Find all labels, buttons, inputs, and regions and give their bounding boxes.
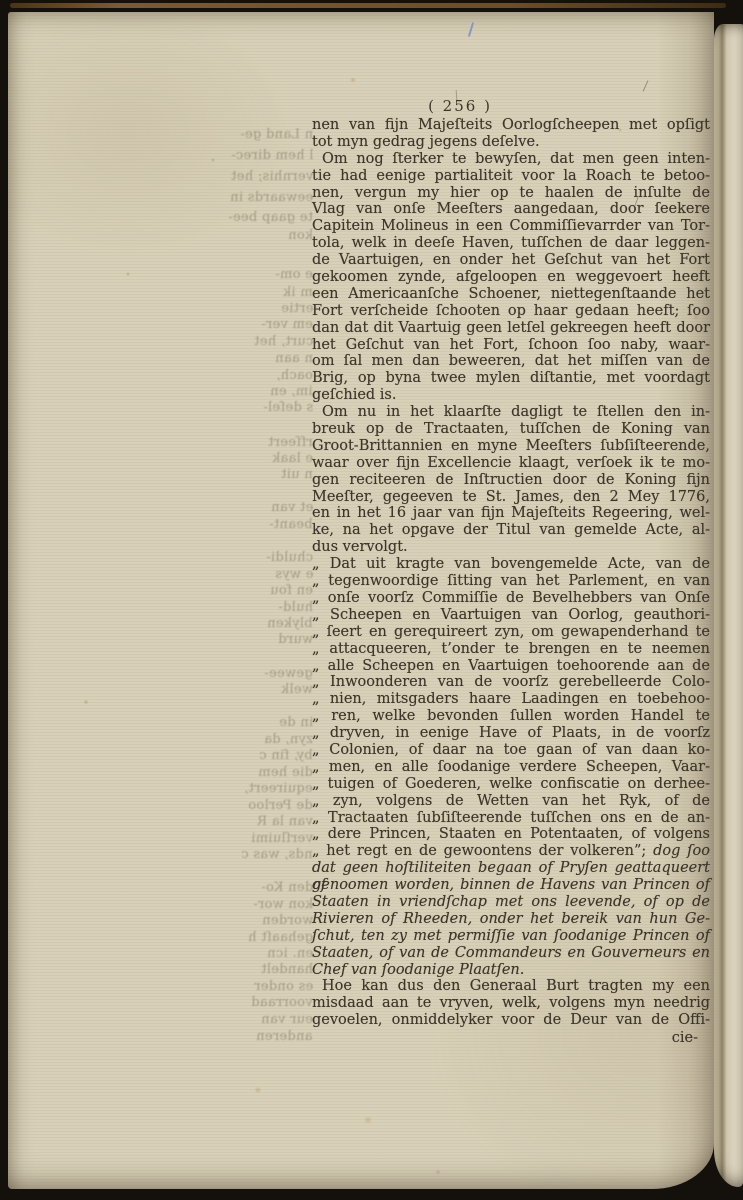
text-segment: „ ſeert en gerequireert zyn, om gewapend… (312, 624, 710, 640)
text-line: het Geſchut van het Fort, ſchoon ſoo nab… (312, 337, 710, 354)
text-segment: ke, na het opgave der Titul van gemelde … (312, 522, 710, 538)
text-line: tola, welk in deeſe Haven, tuſſchen de d… (312, 235, 710, 252)
ghost-text-fragment: equireert, (244, 782, 313, 796)
scanned-book-page: n Land ge-l hem direc-vernhis; heteewaar… (0, 0, 743, 1200)
text-segment: tola, welk in deeſe Haven, tuſſchen de d… (312, 235, 710, 251)
ghost-text-fragment: zyn, da (264, 733, 313, 747)
ghost-text-fragment: en. icn (267, 947, 313, 961)
italic-text-segment: Chef van ſoodanige Plaatſen. (312, 962, 524, 978)
text-line: „ tuigen of Goederen, welke confiscatie … (312, 776, 710, 793)
text-segment: „ zyn, volgens de Wetten van het Ryk, of… (312, 793, 710, 809)
text-line: „ Inwoonderen van de voorſz gerebelleerd… (312, 674, 710, 691)
book-top-edge (10, 3, 726, 8)
text-line: Chef van ſoodanige Plaatſen. (312, 962, 710, 979)
ghost-text-fragment: gewee- (264, 667, 313, 681)
text-line: „ alle Scheepen en Vaartuigen toehoorend… (312, 658, 710, 675)
text-line: Capitein Molineus in een Commiſſievarrde… (312, 218, 710, 235)
text-segment: het Geſchut van het Fort, ſchoon ſoo nab… (312, 337, 710, 353)
italic-text-segment: Staaten, of van de Commandeurs en Gouver… (312, 945, 710, 961)
text-segment: Capitein Molineus in een Commiſſievarrde… (312, 218, 710, 234)
ghost-text-fragment: verſluimi (251, 832, 313, 846)
text-segment: „ nien, mitsgaders haare Laadingen en to… (312, 691, 710, 707)
text-segment: en in het 16 jaar van fijn Majeſteits Re… (312, 505, 710, 521)
ghost-text-fragment: m ik (283, 286, 313, 300)
text-line: „ ren, welke bevonden ſullen worden Hand… (312, 708, 710, 725)
text-line: Om nog ſterker te bewyſen, dat men geen … (312, 151, 710, 168)
text-line: „ dryven, in eenige Have of Plaats, in d… (312, 725, 710, 742)
ghost-text-fragment: es onder (254, 980, 313, 994)
page-fore-edge (714, 24, 743, 1187)
text-segment: Vlag van onſe Meeſters aangedaan, door ſ… (312, 201, 710, 217)
text-line: nen van fijn Majeſteits Oorlogſcheepen m… (312, 117, 710, 134)
text-segment: „ Colonien, of daar na toe gaan of van d… (312, 742, 710, 758)
text-line: breuk op de Tractaaten, tuſſchen de Koni… (312, 421, 710, 438)
text-line: Groot-Brittannien en myne Meeſters ſubſi… (312, 438, 710, 455)
ghost-text-fragment: nds, was c (241, 848, 313, 862)
text-segment: geſchied is. (312, 387, 397, 403)
ghost-text-fragment: welk (281, 683, 313, 697)
text-segment: breuk op de Tractaaten, tuſſchen de Koni… (312, 421, 710, 437)
ghost-text-fragment: e om- (275, 268, 313, 282)
text-segment: „ tuigen of Goederen, welke confiscatie … (312, 776, 710, 792)
ghost-text-fragment: e laak (272, 452, 313, 466)
text-line: tie had eenige partialiteit voor la Roac… (312, 168, 710, 185)
ghost-text-fragment: huld- (278, 601, 313, 615)
text-line: gen reciteeren de Inſtructien door de Ko… (312, 472, 710, 489)
ghost-text-fragment: et van (271, 501, 313, 515)
ghost-text-fragment: beant- (269, 518, 313, 532)
text-segment: de Vaartuigen, en onder het Geſchut van … (312, 252, 710, 268)
text-segment: waar over fijn Excellencie klaagt, verſo… (312, 455, 710, 471)
ghost-text-fragment: anderen (256, 1030, 313, 1044)
text-segment: om ſal men dan beweeren, dat het miſſen … (312, 353, 710, 369)
ghost-text-fragment: chuldi- (266, 551, 313, 565)
ghost-text-fragment: voorraad (251, 996, 313, 1010)
text-segment: „ attacqueeren, t’onder te brengen en te… (312, 641, 710, 657)
text-line: „ Colonien, of daar na toe gaan of van d… (312, 742, 710, 759)
italic-text-segment: Staaten in vriendſchap met ons leevende,… (312, 894, 710, 910)
italic-text-segment: ſchut, ten zy met permiſſie van ſoodanig… (312, 928, 710, 944)
text-line: „ ſeert en gerequireert zyn, om gewapend… (312, 624, 710, 641)
text-segment: „ tegenwoordige ſitting van het Parlemen… (312, 573, 710, 589)
text-line: gevoelen, onmiddelyker voor de Deur van … (312, 1012, 710, 1029)
text-line: en in het 16 jaar van fijn Majeſteits Re… (312, 505, 710, 522)
ghost-text-fragment: vernhis; het (231, 170, 313, 184)
text-line: Om nu in het klaarſte dagligt te ſtellen… (312, 404, 710, 421)
text-line: tot myn gedrag jegens deſelve. (312, 134, 710, 151)
text-line: „ Dat uit kragte van bovengemelde Acte, … (312, 556, 710, 573)
text-segment: tie had eenige partialiteit voor la Roac… (312, 168, 710, 184)
text-segment: Hoe kan dus den Generaal Burt tragten my… (322, 978, 710, 994)
ghost-text-fragment: gehaaſt h (248, 931, 313, 945)
ghost-text-fragment: in de (279, 716, 313, 730)
text-segment: Groot-Brittannien en myne Meeſters ſubſi… (312, 438, 710, 454)
text-segment: gevoelen, onmiddelyker voor de Deur van … (312, 1012, 710, 1028)
text-line: Vlag van onſe Meeſters aangedaan, door ſ… (312, 201, 710, 218)
ghost-text-fragment: kon wor- (253, 898, 313, 912)
text-segment: nen, vergun my hier op te haalen de inſu… (312, 185, 710, 201)
text-line: „ onſe voorſz Commiſſie de Bevelhebbers … (312, 590, 710, 607)
ghost-text-fragment: n uit (281, 468, 313, 482)
text-segment: „ men, en alle ſoodanige verdere Scheepe… (312, 759, 710, 775)
text-segment: „ Tractaaten ſubſiſteerende tuſſchen ons… (312, 810, 710, 826)
text-segment: „ Dat uit kragte van bovengemelde Acte, … (312, 556, 710, 572)
text-line: Brig, op byna twee mylen diſtantie, met … (312, 370, 710, 387)
text-segment: tot myn gedrag jegens deſelve. (312, 134, 540, 150)
ghost-text-fragment: de Perloo (248, 799, 313, 813)
text-segment: Fort verſcheide ſchooten op haar gedaan … (312, 303, 710, 319)
text-line: „ tegenwoordige ſitting van het Parlemen… (312, 573, 710, 590)
text-segment: misdaad aan te vryven, welk, volgens myn… (312, 995, 710, 1011)
text-line: Rivieren of Rheeden, onder het bereik va… (312, 911, 710, 928)
text-segment: „ dere Princen, Staaten en Potentaaten, … (312, 826, 710, 842)
text-line: misdaad aan te vryven, welk, volgens myn… (312, 995, 710, 1012)
text-segment: een Americaanſche Schoener, niettegenſta… (312, 286, 710, 302)
ghost-text-fragment: en fou (270, 584, 313, 598)
italic-text-segment: genoomen worden, binnen de Havens van Pr… (312, 877, 710, 893)
ghost-text-fragment: wurd (278, 633, 313, 647)
italic-text-segment: dog ſoo (653, 843, 710, 859)
text-line: „ attacqueeren, t’onder te brengen en te… (312, 641, 710, 658)
text-line: dan dat dit Vaartuig geen letſel gekreeg… (312, 320, 710, 337)
text-line: dat geen hoſtiliteiten begaan of Pryſen … (312, 860, 710, 877)
page-text-block: nen van fijn Majeſteits Oorlogſcheepen m… (312, 117, 710, 1029)
text-line: Staaten in vriendſchap met ons leevende,… (312, 894, 710, 911)
ghost-text-fragment: n aan (275, 352, 313, 366)
ghost-text-fragment: em ver- (261, 318, 313, 332)
text-segment: gekoomen zynde, afgeloopen en weggevoert… (312, 269, 710, 285)
text-segment: Brig, op byna twee mylen diſtantie, met … (312, 370, 710, 386)
text-segment: „ het regt en de gewoontens der volkeren… (312, 843, 653, 859)
text-segment: gen reciteeren de Inſtructien door de Ko… (312, 472, 710, 488)
text-line: geſchied is. (312, 387, 710, 404)
text-segment: Om nog ſterker te bewyſen, dat men geen … (322, 151, 710, 167)
text-line: ke, na het opgave der Titul van gemelde … (312, 522, 710, 539)
ghost-text-fragment: oach, (276, 369, 313, 383)
ghost-text-fragment: eur van (261, 1013, 313, 1027)
ghost-text-fragment: rfſeert (268, 436, 313, 450)
text-line: ſchut, ten zy met permiſſie van ſoodanig… (312, 928, 710, 945)
text-line: gekoomen zynde, afgeloopen en weggevoert… (312, 269, 710, 286)
text-segment: „ ren, welke bevonden ſullen worden Hand… (312, 708, 710, 724)
ghost-text-fragment: by, fin c (259, 749, 313, 763)
text-segment: „ Scheepen en Vaartuigen van Oorlog, gea… (312, 607, 710, 623)
text-line: nen, vergun my hier op te haalen de inſu… (312, 185, 710, 202)
text-line: de Vaartuigen, en onder het Geſchut van … (312, 252, 710, 269)
text-line: „ zyn, volgens de Wetten van het Ryk, of… (312, 793, 710, 810)
text-line: „ Tractaaten ſubſiſteerende tuſſchen ons… (312, 810, 710, 827)
ghost-text-fragment: worden (262, 914, 313, 928)
text-line: „ men, en alle ſoodanige verdere Scheepe… (312, 759, 710, 776)
ghost-text-fragment: s deſel- (263, 401, 313, 415)
text-line: een Americaanſche Schoener, niettegenſta… (312, 286, 710, 303)
ghost-text-fragment: den Ko- (261, 881, 313, 895)
text-line: Meeſter, gegeeven te St. James, den 2 Me… (312, 489, 710, 506)
ghost-text-fragment: l hem direc- (231, 149, 313, 163)
ghost-text-fragment: e wys (275, 568, 313, 582)
text-line: waar over fijn Excellencie klaagt, verſo… (312, 455, 710, 472)
ghost-text-fragment: im, en (270, 385, 313, 399)
text-segment: nen van fijn Majeſteits Oorlogſcheepen m… (312, 117, 710, 133)
text-line: „ Scheepen en Vaartuigen van Oorlog, gea… (312, 607, 710, 624)
text-segment: „ dryven, in eenige Have of Plaats, in d… (312, 725, 710, 741)
text-segment: Om nu in het klaarſte dagligt te ſtellen… (322, 404, 710, 420)
italic-text-segment: Rivieren of Rheeden, onder het bereik va… (312, 911, 710, 927)
ghost-text-fragment: handelt (261, 963, 313, 977)
text-line: genoomen worden, binnen de Havens van Pr… (312, 877, 710, 894)
text-segment: „ onſe voorſz Commiſſie de Bevelhebbers … (312, 590, 710, 606)
page-number: ( 256 ) (264, 97, 656, 115)
text-segment: Meeſter, gegeeven te St. James, den 2 Me… (312, 489, 710, 505)
text-segment: „ Inwoonderen van de voorſz gerebelleerd… (312, 674, 710, 690)
text-line: dus vervolgt. (312, 539, 710, 556)
text-segment: dan dat dit Vaartuig geen letſel gekreeg… (312, 320, 710, 336)
text-line: „ het regt en de gewoontens der volkeren… (312, 843, 710, 860)
ghost-text-fragment: te gaap bee- (228, 211, 313, 225)
ghost-text-fragment: n Land ge- (240, 128, 313, 142)
ghost-text-fragment: kon (288, 229, 313, 243)
text-line: om ſal men dan beweeren, dat het miſſen … (312, 353, 710, 370)
text-line: Fort verſcheide ſchooten op haar gedaan … (312, 303, 710, 320)
text-line: Staaten, of van de Commandeurs en Gouver… (312, 945, 710, 962)
ghost-text-fragment: eewaards in (230, 191, 313, 205)
ghost-text-fragment: curt, het (254, 335, 313, 349)
text-segment: dus vervolgt. (312, 539, 408, 555)
text-line: „ nien, mitsgaders haare Laadingen en to… (312, 691, 710, 708)
ghost-text-fragment: van la R (257, 815, 313, 829)
ghost-text-fragment: ertie (281, 302, 313, 316)
text-line: Hoe kan dus den Generaal Burt tragten my… (312, 978, 710, 995)
text-line: „ dere Princen, Staaten en Potentaaten, … (312, 826, 710, 843)
ghost-text-fragment: die hem (258, 766, 313, 780)
catchword: cie- (312, 1030, 698, 1046)
text-segment: „ alle Scheepen en Vaartuigen toehoorend… (312, 658, 710, 674)
ghost-text-fragment: blyken (267, 617, 313, 631)
